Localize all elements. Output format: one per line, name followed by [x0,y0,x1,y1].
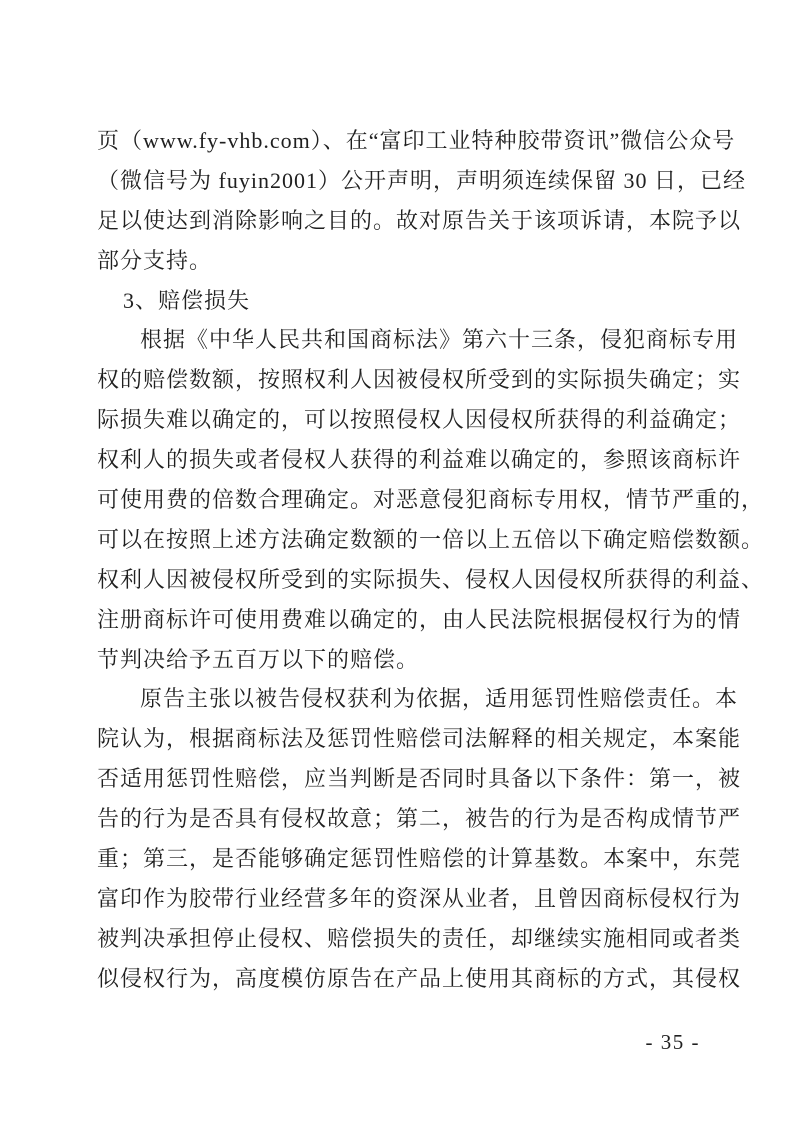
text-line: 富印作为胶带行业经营多年的资深从业者，且曾因商标侵权行为 [97,879,739,919]
text-line: 注册商标许可使用费难以确定的，由人民法院根据侵权行为的情 [97,600,739,640]
text-line: 根据《中华人民共和国商标法》第六十三条，侵犯商标专用 [97,320,739,360]
text-line: 节判决给予五百万以下的赔偿。 [97,640,739,680]
paragraph: 根据《中华人民共和国商标法》第六十三条，侵犯商标专用权的赔偿数额，按照权利人因被… [97,320,739,679]
paragraph: 页（www.fy-vhb.com）、在“富印工业特种胶带资讯”微信公众号（微信号… [97,121,739,281]
text-line: 页（www.fy-vhb.com）、在“富印工业特种胶带资讯”微信公众号 [97,121,739,161]
text-line: 可以在按照上述方法确定数额的一倍以上五倍以下确定赔偿数额。 [97,520,739,560]
text-line: 可使用费的倍数合理确定。对恶意侵犯商标专用权，情节严重的， [97,480,739,520]
text-line: 权利人因被侵权所受到的实际损失、侵权人因侵权所获得的利益、 [97,560,739,600]
text-line: 重；第三，是否能够确定惩罚性赔偿的计算基数。本案中，东莞 [97,839,739,879]
paragraph: 3、赔偿损失 [97,281,739,321]
text-line: 际损失难以确定的，可以按照侵权人因侵权所获得的利益确定； [97,400,739,440]
text-line: 原告主张以被告侵权获利为依据，适用惩罚性赔偿责任。本 [97,679,739,719]
text-line: 权利人的损失或者侵权人获得的利益难以确定的，参照该商标许 [97,440,739,480]
text-line: 权的赔偿数额，按照权利人因被侵权所受到的实际损失确定；实 [97,360,739,400]
document-body: 页（www.fy-vhb.com）、在“富印工业特种胶带资讯”微信公众号（微信号… [97,121,739,999]
text-line: 部分支持。 [97,241,739,281]
text-line: （微信号为 fuyin2001）公开声明，声明须连续保留 30 日，已经 [97,161,739,201]
text-line: 告的行为是否具有侵权故意；第二，被告的行为是否构成情节严 [97,799,739,839]
document-page: 页（www.fy-vhb.com）、在“富印工业特种胶带资讯”微信公众号（微信号… [0,0,794,1123]
text-line: 3、赔偿损失 [97,281,739,321]
text-line: 院认为，根据商标法及惩罚性赔偿司法解释的相关规定，本案能 [97,719,739,759]
text-line: 似侵权行为，高度模仿原告在产品上使用其商标的方式，其侵权 [97,959,739,999]
page-number: - 35 - [646,1030,701,1055]
paragraph: 原告主张以被告侵权获利为依据，适用惩罚性赔偿责任。本院认为，根据商标法及惩罚性赔… [97,679,739,998]
text-line: 足以使达到消除影响之目的。故对原告关于该项诉请，本院予以 [97,201,739,241]
text-line: 被判决承担停止侵权、赔偿损失的责任，却继续实施相同或者类 [97,919,739,959]
text-line: 否适用惩罚性赔偿，应当判断是否同时具备以下条件：第一，被 [97,759,739,799]
